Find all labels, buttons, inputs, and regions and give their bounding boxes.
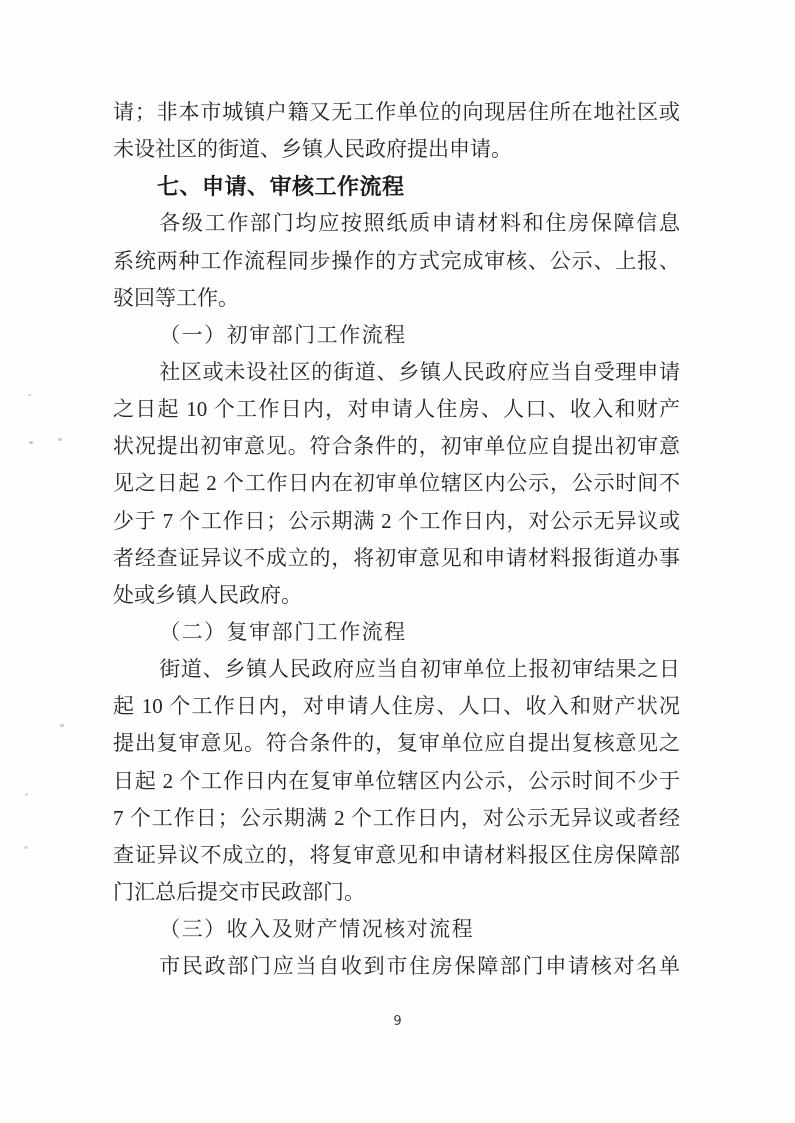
- scan-speck: [28, 394, 31, 396]
- body-line: 市民政部门应当自收到市住房保障部门申请核对名单: [113, 948, 680, 985]
- body-line: 者经查证异议不成立的，将初审意见和申请材料报街道办事: [113, 540, 680, 577]
- body-line: 查证异议不成立的，将复审意见和申请材料报区住房保障部: [113, 837, 680, 874]
- body-line: 驳回等工作。: [113, 280, 680, 317]
- body-line: 处或乡镇人民政府。: [113, 577, 680, 614]
- body-line: 少于 7 个工作日；公示期满 2 个工作日内，对公示无异议或: [113, 503, 680, 540]
- body-line: 未设社区的街道、乡镇人民政府提出申请。: [113, 131, 680, 168]
- body-line: 各级工作部门均应按照纸质申请材料和住房保障信息: [113, 205, 680, 242]
- body-line: 提出复审意见。符合条件的，复审单位应自提出复核意见之: [113, 725, 680, 762]
- body-line: 门汇总后提交市民政部门。: [113, 874, 680, 911]
- section-heading: 七、申请、审核工作流程: [113, 168, 680, 205]
- body-line: 系统两种工作流程同步操作的方式完成审核、公示、上报、: [113, 243, 680, 280]
- body-line: 7 个工作日；公示期满 2 个工作日内，对公示无异议或者经: [113, 800, 680, 837]
- scan-speck: [29, 441, 33, 444]
- body-line: 社区或未设社区的街道、乡镇人民政府应当自受理申请: [113, 354, 680, 391]
- scan-speck: [25, 793, 28, 796]
- body-line: 见之日起 2 个工作日内在初审单位辖区内公示，公示时间不: [113, 465, 680, 502]
- scan-speck: [24, 846, 28, 849]
- scanned-document-page: 请；非本市城镇户籍又无工作单位的向现居住所在地社区或 未设社区的街道、乡镇人民政…: [0, 0, 795, 1123]
- body-line: 请；非本市城镇户籍又无工作单位的向现居住所在地社区或: [113, 94, 680, 131]
- body-line: 之日起 10 个工作日内，对申请人住房、人口、收入和财产: [113, 391, 680, 428]
- scan-speck: [60, 724, 64, 727]
- body-line: 状况提出初审意见。符合条件的，初审单位应自提出初审意: [113, 428, 680, 465]
- document-body: 请；非本市城镇户籍又无工作单位的向现居住所在地社区或 未设社区的街道、乡镇人民政…: [113, 94, 680, 985]
- page-number: 9: [0, 1014, 795, 1029]
- sub-heading: （二）复审部门工作流程: [113, 614, 680, 651]
- scan-speck: [58, 438, 62, 441]
- body-line: 日起 2 个工作日内在复审单位辖区内公示，公示时间不少于: [113, 763, 680, 800]
- sub-heading: （一）初审部门工作流程: [113, 317, 680, 354]
- body-line: 起 10 个工作日内，对申请人住房、人口、收入和财产状况: [113, 688, 680, 725]
- body-line: 街道、乡镇人民政府应当自初审单位上报初审结果之日: [113, 651, 680, 688]
- sub-heading: （三）收入及财产情况核对流程: [113, 911, 680, 948]
